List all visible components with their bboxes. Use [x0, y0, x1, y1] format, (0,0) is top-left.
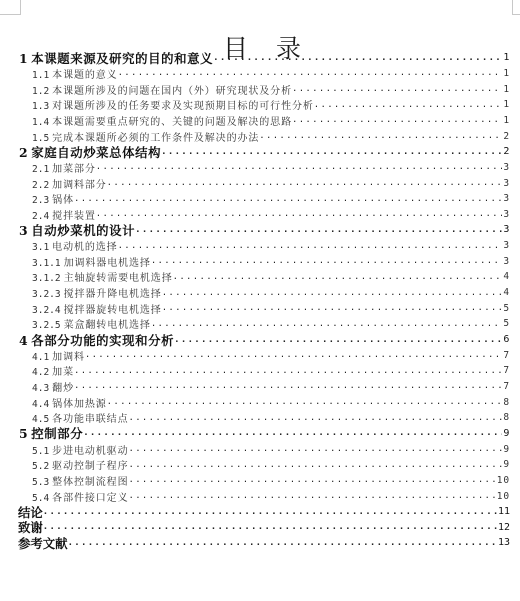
toc-page-number: 4	[502, 287, 510, 298]
toc-page-number: 12	[497, 522, 510, 533]
dot-leader	[85, 349, 503, 361]
toc-page-number: 1	[502, 52, 510, 63]
toc-section-entry[interactable]: 5.3整体控制流程图10	[32, 473, 510, 489]
dot-leader	[96, 208, 503, 220]
toc-entry-number: 5.1	[32, 446, 49, 457]
toc-entry-label: 菜盒翻转电机选择	[64, 320, 151, 331]
toc-backmatter-entry[interactable]: 结论11	[18, 504, 510, 520]
toc-entry-label: 驱动控制子程序	[52, 461, 128, 472]
dot-leader	[173, 271, 503, 283]
toc-page-number: 9	[502, 428, 510, 439]
toc-section-entry[interactable]: 1.5完成本课题所必须的工作条件及解决的办法2	[32, 128, 510, 144]
toc-backmatter-entry[interactable]: 致谢12	[18, 520, 510, 536]
toc-section-entry[interactable]: 2.2加调料部分3	[32, 175, 510, 191]
toc-entry-label: 结论	[18, 505, 43, 520]
toc-entry-title: 1.2本课题所涉及的问题在国内（外）研究现状及分析	[32, 82, 292, 97]
toc-entry-label: 本课题所涉及的问题在国内（外）研究现状及分析	[52, 86, 292, 97]
toc-entry-number: 4.4	[32, 399, 49, 410]
toc-page-number: 3	[502, 224, 510, 235]
toc-entry-label: 致谢	[18, 520, 43, 535]
toc-section-entry[interactable]: 3.1.2主轴旋转需要电机选择4	[32, 269, 510, 285]
toc-section-entry[interactable]: 2.1加菜部分3	[32, 160, 510, 176]
toc-entry-title: 4.1加调料	[32, 348, 85, 363]
toc-page-number: 5	[502, 318, 510, 329]
toc-entry-number: 2	[19, 145, 28, 160]
toc-entry-label: 锅体加热源	[52, 399, 107, 410]
dot-leader	[259, 130, 502, 142]
toc-entry-title: 3.2.5菜盒翻转电机选择	[32, 316, 151, 331]
toc-entry-title: 2.4搅拌装置	[32, 207, 96, 222]
toc-page-number: 9	[502, 459, 510, 470]
dot-leader	[151, 318, 503, 330]
toc-chapter-entry[interactable]: 3自动炒菜机的设计3	[19, 222, 510, 238]
page-corner-mark-top-left	[0, 0, 21, 15]
toc-entry-title: 1本课题来源及研究的目的和意义	[19, 50, 213, 66]
toc-entry-title: 3.2.3搅拌器升降电机选择	[32, 285, 162, 300]
dot-leader	[128, 490, 495, 502]
toc-section-entry[interactable]: 5.1步进电动机驱动9	[32, 441, 510, 457]
toc-entry-label: 本课题的意义	[52, 70, 117, 81]
toc-entry-number: 2.1	[32, 164, 49, 175]
toc-entry-label: 对课题所涉及的任务要求及实现预期目标的可行性分析	[52, 101, 314, 112]
toc-entry-number: 3.2.5	[32, 320, 61, 331]
dot-leader	[292, 83, 502, 95]
toc-page-number: 6	[502, 334, 510, 345]
toc-page-number: 5	[502, 303, 510, 314]
toc-entry-number: 1.5	[32, 133, 49, 144]
toc-entry-title: 结论	[18, 504, 43, 520]
toc-section-entry[interactable]: 4.2加菜7	[32, 363, 510, 379]
toc-section-entry[interactable]: 5.4各部件接口定义10	[32, 488, 510, 504]
toc-entry-title: 4.5各功能串联结点	[32, 410, 128, 425]
dot-leader	[174, 334, 502, 346]
toc-chapter-entry[interactable]: 2家庭自动炒菜总体结构2	[19, 144, 510, 160]
toc-entry-label: 家庭自动炒菜总体结构	[31, 145, 161, 160]
toc-page-number: 7	[502, 365, 510, 376]
toc-entry-label: 整体控制流程图	[52, 477, 128, 488]
toc-entry-label: 自动炒菜机的设计	[31, 223, 135, 238]
dot-leader	[43, 506, 497, 518]
toc-page-number: 10	[496, 491, 510, 502]
toc-page-number: 7	[502, 381, 510, 392]
toc-entry-number: 4.1	[32, 352, 49, 363]
dot-leader	[151, 255, 503, 267]
toc-page-number: 4	[502, 271, 510, 282]
dot-leader	[213, 52, 502, 64]
toc-section-entry[interactable]: 4.5各功能串联结点8	[32, 410, 510, 426]
toc-entry-label: 完成本课题所必须的工作条件及解决的办法	[52, 133, 259, 144]
toc-section-entry[interactable]: 4.1加调料7	[32, 347, 510, 363]
toc-backmatter-entry[interactable]: 参考文献13	[18, 535, 510, 551]
toc-chapter-entry[interactable]: 1本课题来源及研究的目的和意义1	[19, 50, 510, 66]
toc-section-entry[interactable]: 1.4本课题需要重点研究的、关键的问题及解决的思路1	[32, 113, 510, 129]
toc-section-entry[interactable]: 3.2.3搅拌器升降电机选择4	[32, 285, 510, 301]
toc-entry-label: 本课题来源及研究的目的和意义	[31, 51, 213, 66]
toc-section-entry[interactable]: 4.4锅体加热源8	[32, 394, 510, 410]
toc-page-number: 8	[502, 412, 510, 423]
toc-page-number: 10	[496, 475, 510, 486]
dot-leader	[107, 396, 503, 408]
toc-entry-title: 2.2加调料部分	[32, 176, 107, 191]
toc-entry-label: 搅拌装置	[52, 211, 96, 222]
dot-leader	[135, 224, 502, 236]
toc-entry-label: 各部件接口定义	[52, 493, 128, 504]
toc-entry-number: 4.2	[32, 367, 49, 378]
toc-entry-label: 步进电动机驱动	[52, 446, 128, 457]
toc-entry-title: 3自动炒菜机的设计	[19, 222, 135, 238]
toc-entry-label: 加菜	[52, 367, 74, 378]
toc-page-number: 1	[502, 84, 510, 95]
toc-section-entry[interactable]: 3.2.4搅拌器旋转电机选择5	[32, 300, 510, 316]
dot-leader	[96, 161, 503, 173]
dot-leader	[292, 114, 502, 126]
toc-entry-number: 3	[19, 223, 28, 238]
toc-entry-label: 控制部分	[31, 426, 83, 441]
toc-section-entry[interactable]: 1.1本课题的意义1	[32, 66, 510, 82]
dot-leader	[128, 474, 495, 486]
dot-leader	[68, 537, 497, 549]
toc-page-number: 3	[502, 193, 510, 204]
toc-entry-number: 4	[19, 333, 28, 348]
dot-leader	[128, 459, 502, 471]
toc-entry-label: 加调料部分	[52, 180, 107, 191]
toc-entry-title: 2家庭自动炒菜总体结构	[19, 144, 161, 160]
toc-entry-title: 5.4各部件接口定义	[32, 489, 128, 504]
page-corner-mark-top-right	[512, 0, 520, 15]
toc-entry-number: 5	[19, 426, 28, 441]
toc-page-number: 2	[502, 131, 510, 142]
toc-entry-title: 3.1.1加调料器电机选择	[32, 254, 151, 269]
dot-leader	[128, 443, 502, 455]
toc-page-number: 1	[502, 99, 510, 110]
dot-leader	[107, 177, 503, 189]
toc-entry-title: 5控制部分	[19, 426, 83, 442]
toc-chapter-entry[interactable]: 5控制部分9	[19, 426, 510, 442]
toc-section-entry[interactable]: 5.2驱动控制子程序9	[32, 457, 510, 473]
toc-chapter-entry[interactable]: 4各部分功能的实现和分析6	[19, 332, 510, 348]
dot-leader	[162, 302, 503, 314]
toc-entry-title: 5.3整体控制流程图	[32, 473, 128, 488]
dot-leader	[161, 146, 502, 158]
toc-entry-label: 加调料	[52, 352, 85, 363]
toc-section-entry[interactable]: 3.1.1加调料器电机选择3	[32, 253, 510, 269]
dot-leader	[74, 380, 502, 392]
dot-leader	[162, 287, 503, 299]
toc-entry-number: 3.2.3	[32, 289, 61, 300]
toc-page-number: 7	[502, 350, 510, 361]
toc-entry-number: 3.1.1	[32, 258, 61, 269]
toc-entry-title: 5.1步进电动机驱动	[32, 442, 128, 457]
toc-section-entry[interactable]: 3.1电动机的选择3	[32, 238, 510, 254]
toc-section-entry[interactable]: 3.2.5菜盒翻转电机选择5	[32, 316, 510, 332]
toc-entry-number: 3.1.2	[32, 273, 61, 284]
toc-entry-label: 加菜部分	[52, 164, 96, 175]
toc-entry-title: 2.1加菜部分	[32, 160, 96, 175]
toc-section-entry[interactable]: 1.3对课题所涉及的任务要求及实现预期目标的可行性分析1	[32, 97, 510, 113]
toc-page-number: 13	[497, 537, 510, 548]
toc-page-number: 3	[502, 178, 510, 189]
toc-page-number: 1	[502, 115, 510, 126]
toc-entry-number: 5.2	[32, 461, 49, 472]
toc-entry-title: 1.3对课题所涉及的任务要求及实现预期目标的可行性分析	[32, 97, 314, 112]
toc-section-entry[interactable]: 2.4搅拌装置3	[32, 207, 510, 223]
toc-section-entry[interactable]: 1.2本课题所涉及的问题在国内（外）研究现状及分析1	[32, 81, 510, 97]
toc-entry-title: 2.3锅体	[32, 191, 74, 206]
toc-entry-title: 1.4本课题需要重点研究的、关键的问题及解决的思路	[32, 113, 292, 128]
toc-entry-title: 4.2加菜	[32, 363, 74, 378]
toc-entry-number: 1.1	[32, 70, 49, 81]
toc-entry-title: 4.3翻炒	[32, 379, 74, 394]
toc-entry-title: 5.2驱动控制子程序	[32, 457, 128, 472]
toc-entry-number: 5.4	[32, 493, 49, 504]
dot-leader	[128, 412, 502, 424]
toc-page-number: 3	[502, 256, 510, 267]
dot-leader	[43, 521, 497, 533]
toc-entry-number: 1.4	[32, 117, 49, 128]
toc-entry-label: 翻炒	[52, 383, 74, 394]
dot-leader	[118, 240, 503, 252]
toc-entry-title: 1.5完成本课题所必须的工作条件及解决的办法	[32, 129, 259, 144]
toc-entry-title: 1.1本课题的意义	[32, 66, 118, 81]
dot-leader	[83, 427, 502, 439]
toc-page-number: 3	[502, 162, 510, 173]
toc-entry-label: 本课题需要重点研究的、关键的问题及解决的思路	[52, 117, 292, 128]
toc-entry-label: 锅体	[52, 195, 74, 206]
toc-entry-title: 致谢	[18, 520, 43, 536]
toc-page-number: 8	[502, 397, 510, 408]
toc-entry-title: 3.1电动机的选择	[32, 238, 118, 253]
toc-section-entry[interactable]: 4.3翻炒7	[32, 379, 510, 395]
toc-entry-label: 各部分功能的实现和分析	[31, 333, 174, 348]
toc-entry-title: 3.1.2主轴旋转需要电机选择	[32, 269, 173, 284]
toc-entry-number: 5.3	[32, 477, 49, 488]
toc-entry-number: 1.3	[32, 101, 49, 112]
toc-entry-label: 参考文献	[18, 536, 68, 551]
toc-page-number: 3	[502, 209, 510, 220]
dot-leader	[118, 67, 503, 79]
toc-entry-title: 3.2.4搅拌器旋转电机选择	[32, 301, 162, 316]
dot-leader	[74, 365, 502, 377]
dot-leader	[314, 99, 503, 111]
toc-entry-number: 1	[19, 51, 28, 66]
toc-entry-label: 搅拌器旋转电机选择	[64, 305, 162, 316]
toc-page-number: 2	[502, 146, 510, 157]
toc-section-entry[interactable]: 2.3锅体3	[32, 191, 510, 207]
toc-page-number: 11	[497, 506, 510, 517]
toc-entry-label: 加调料器电机选择	[64, 258, 151, 269]
toc-entry-label: 主轴旋转需要电机选择	[64, 273, 173, 284]
toc-entry-number: 4.3	[32, 383, 49, 394]
toc-entry-label: 各功能串联结点	[52, 414, 128, 425]
toc-entry-number: 2.2	[32, 180, 49, 191]
toc-entry-number: 1.2	[32, 86, 49, 97]
toc-entry-number: 2.4	[32, 211, 49, 222]
toc-page-number: 3	[502, 240, 510, 251]
toc-entry-number: 4.5	[32, 414, 49, 425]
dot-leader	[74, 193, 502, 205]
toc-entry-number: 3.2.4	[32, 305, 61, 316]
toc-entry-title: 参考文献	[18, 535, 68, 551]
toc-entry-title: 4.4锅体加热源	[32, 395, 107, 410]
toc-entry-number: 2.3	[32, 195, 49, 206]
toc-entry-label: 电动机的选择	[52, 242, 117, 253]
toc-entry-title: 4各部分功能的实现和分析	[19, 332, 174, 348]
toc-entry-label: 搅拌器升降电机选择	[64, 289, 162, 300]
toc-page-number: 1	[502, 68, 510, 79]
toc-page-number: 9	[502, 444, 510, 455]
toc-entry-number: 3.1	[32, 242, 49, 253]
